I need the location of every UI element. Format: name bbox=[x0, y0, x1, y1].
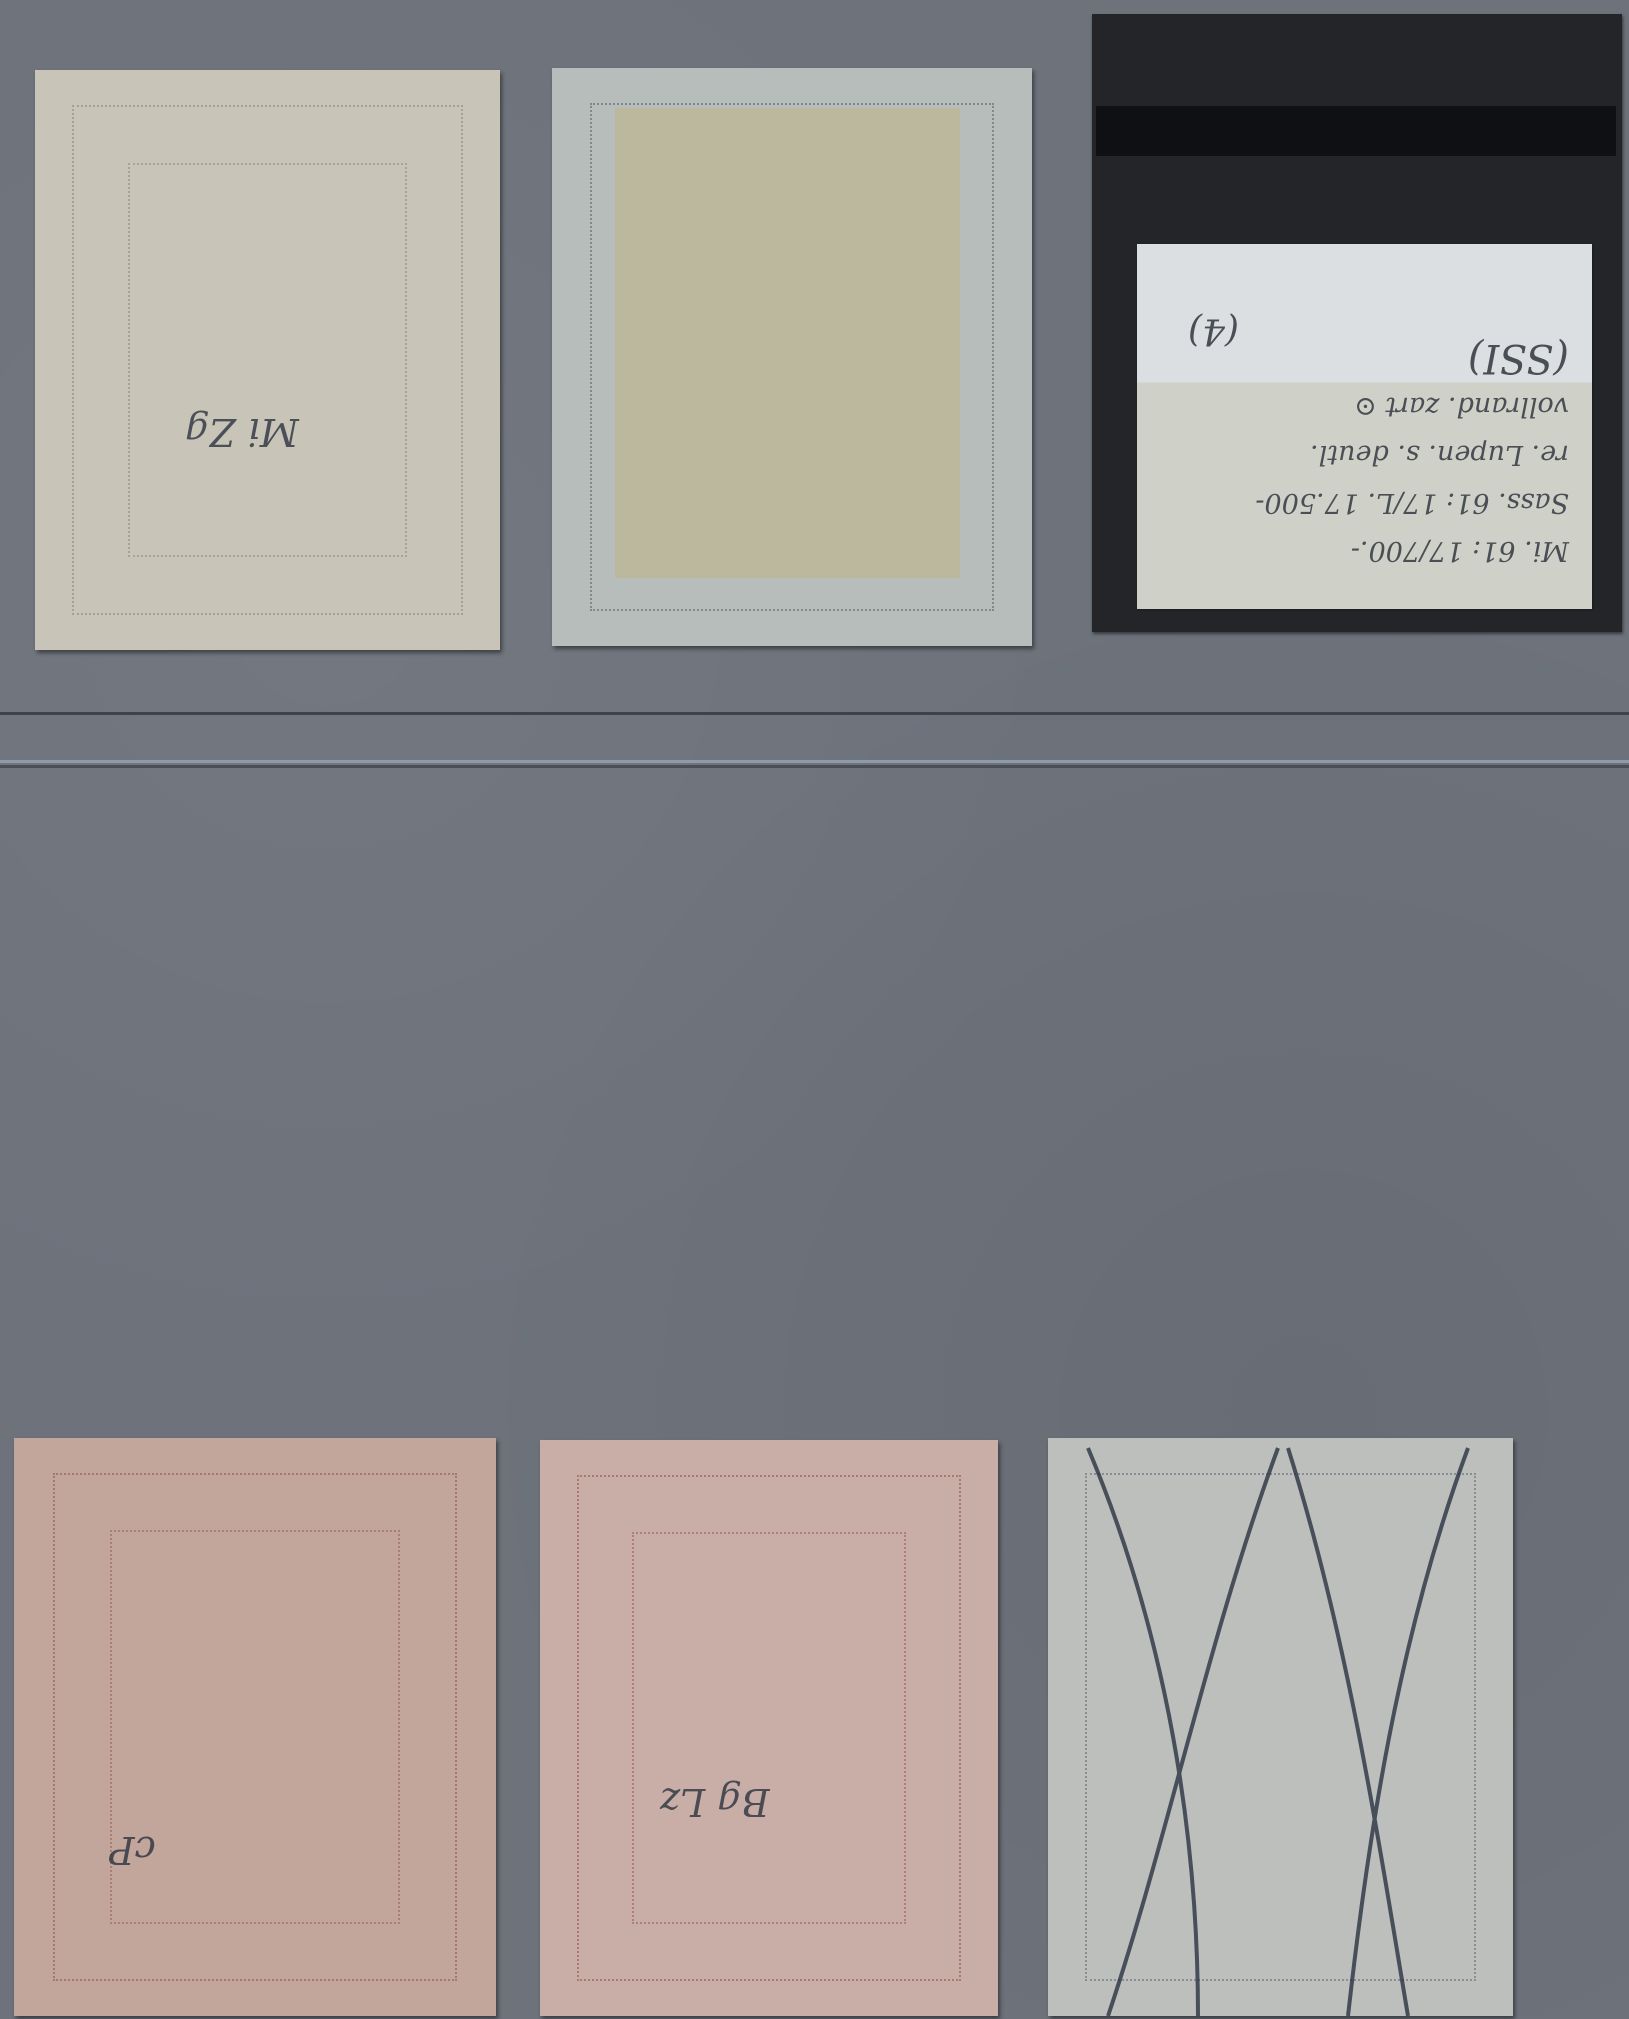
mount-band bbox=[1096, 106, 1616, 156]
album-strip-line-lower-shadow bbox=[0, 765, 1629, 768]
note-mark: (4) bbox=[1188, 306, 1239, 354]
pen-cross-cancel-icon bbox=[1048, 1438, 1513, 2016]
album-strip-line-lower bbox=[0, 760, 1629, 763]
note-line: vollrand. zart ⊙ bbox=[1159, 382, 1569, 430]
pencil-signature: cP bbox=[109, 1828, 156, 1872]
note-line: Mi. 61: 17/700.- bbox=[1159, 526, 1569, 574]
note-line: re. Lupen. s. deutl. bbox=[1159, 430, 1569, 478]
stamp-top-left: Mi Zg bbox=[35, 70, 500, 650]
stamp-bottom-middle: Bg Lz bbox=[540, 1440, 998, 2016]
note-line: Sass. 61: 17/L. 17.500- bbox=[1159, 478, 1569, 526]
pencil-signature: Bg Lz bbox=[660, 1780, 770, 1824]
stamp-inner-frame bbox=[128, 163, 407, 557]
stamp-hinge bbox=[615, 108, 960, 578]
stamp-inner-frame bbox=[632, 1532, 907, 1924]
stamp-bottom-left: cP bbox=[14, 1438, 496, 2016]
expert-note-card: Mi. 61: 17/700.- Sass. 61: 17/L. 17.500-… bbox=[1137, 244, 1592, 609]
album-strip-line-upper bbox=[0, 712, 1629, 715]
stamp-bottom-right bbox=[1048, 1438, 1513, 2016]
pencil-signature: Mi Zg bbox=[185, 410, 299, 454]
note-text: Mi. 61: 17/700.- Sass. 61: 17/L. 17.500-… bbox=[1159, 334, 1569, 574]
